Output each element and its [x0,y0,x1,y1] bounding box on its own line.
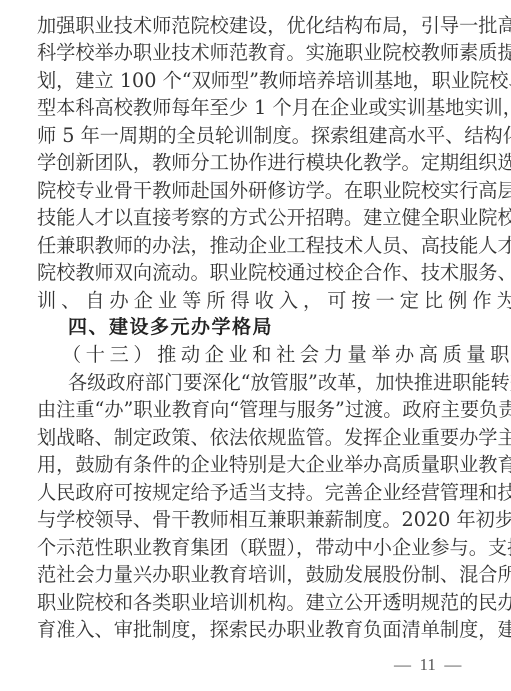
text-line: 技能人才以直接考察的方式公开招聘。建立健全职业院校自主聘 [37,204,474,231]
text-line: 职业院校和各类职业培训机构。建立公开透明规范的民办职业教 [37,589,474,616]
text-line: 院校专业骨干教师赴国外研修访学。在职业院校实行高层次、高 [37,177,474,204]
page-number: — 11 — [394,652,461,678]
subsection-heading: （十三）推动企业和社会力量举办高质量职业教育。 [62,341,499,368]
text-line: 划战略、制定政策、依法依规监管。发挥企业重要办学主体作 [37,424,474,451]
text-line: 个示范性职业教育集团（联盟），带动中小企业参与。支持和规 [37,534,474,561]
text-line: 人民政府可按规定给予适当支持。完善企业经营管理和技术人员 [37,479,474,506]
text-line: 任兼职教师的办法，推动企业工程技术人员、高技能人才和职业 [37,232,474,259]
text-line: 范社会力量兴办职业教育培训，鼓励发展股份制、混合所有制等 [37,561,474,588]
text-line: 由注重“办”职业教育向“管理与服务”过渡。政府主要负责规 [37,396,474,423]
text-line: 学创新团队，教师分工协作进行模块化教学。定期组织选派职业 [37,149,474,176]
text-line: 与学校领导、骨干教师相互兼职兼薪制度。2020 年初步建成 300 [37,506,474,533]
text-line: 型本科高校教师每年至少 1 个月在企业或实训基地实训，落实教 [37,94,474,121]
document-page: 加强职业技术师范院校建设，优化结构布局，引导一批高水平工 科学校举办职业技术师范… [0,0,511,691]
text-line: 科学校举办职业技术师范教育。实施职业院校教师素质提高计 [37,39,474,66]
text-line: 训、自办企业等所得收入，可按一定比例作为绩效工资来源。 [37,287,474,314]
text-line: 院校教师双向流动。职业院校通过校企合作、技术服务、社会培 [37,259,474,286]
text-line: 师 5 年一周期的全员轮训制度。探索组建高水平、结构化教师教 [37,122,474,149]
text-line: 育准入、审批制度，探索民办职业教育负面清单制度，建立健全 [37,616,474,643]
paragraph-first-line: 各级政府部门要深化“放管服”改革，加快推进职能转变， [68,369,474,396]
text-line: 划，建立 100 个“双师型”教师培养培训基地，职业院校、应用 [37,67,474,94]
section-heading: 四、建设多元办学格局 [68,314,505,341]
text-line: 用，鼓励有条件的企业特别是大企业举办高质量职业教育，各级 [37,451,474,478]
text-line: 加强职业技术师范院校建设，优化结构布局，引导一批高水平工 [37,12,474,39]
